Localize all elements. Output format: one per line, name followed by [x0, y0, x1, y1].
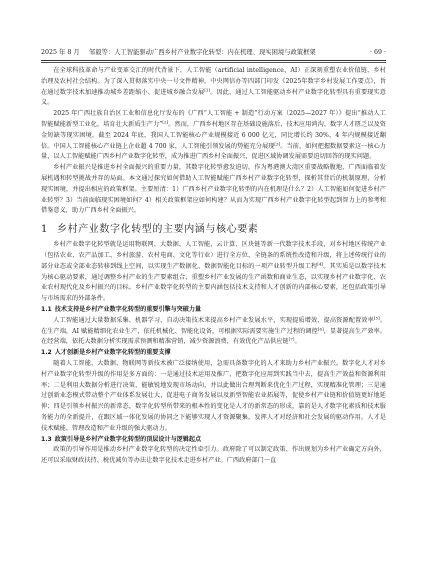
intro-paragraph-2: 2025 年广西壮族自治区工业和信息化厅发布的《广西“人工智能 + 制造”行动方… — [41, 109, 386, 163]
subsection-number: 1.1 — [41, 306, 52, 313]
subsection-1-2-heading: 1.2人才创新是乡村产业数字化转型的重要支撑 — [41, 348, 386, 359]
section-number: 1 — [41, 223, 57, 237]
subsection-title: 技术支持是乡村产业数字化转型的重要引擎与突破力量 — [55, 306, 201, 313]
intro-paragraph-1: 在全球科技革命与产业变革交汇的时代背景下，人工智能（artificial int… — [41, 66, 386, 109]
subsection-number: 1.2 — [41, 349, 52, 356]
subsection-number: 1.3 — [41, 436, 52, 443]
section-title: 乡村产业数字化转型的主要内涵与核心要素 — [57, 224, 258, 235]
running-title: 邹毅等：人工智能驱动广西乡村产业数字化转型：内在机理、现实困境与政策框架 — [89, 49, 366, 57]
subsection-1-1-paragraph: 人工智能通过大量数据采集、机器学习、自动决策技术来提高乡村产业发展水平，实现提质… — [41, 316, 386, 348]
header-rule-thick — [41, 60, 386, 61]
page-number: · 69 · — [366, 49, 386, 57]
subsection-title: 人才创新是乡村产业数字化转型的重要支撑 — [55, 349, 171, 356]
article-body: 在全球科技革命与产业变革交汇的时代背景下，人工智能（artificial int… — [41, 66, 386, 467]
text-run: 乡村产业振兴是推进乡村全面振兴的重要力量，其数字化转型愈发迫切。作为粤港澳大湾区… — [41, 164, 386, 214]
text-run: 政策的引导作用是推动乡村产业数字化转型的决定性牵引力。政府除了可以制定政策、作出… — [41, 446, 386, 464]
text-run: 随着人工智能、大数据、物联网等新技术被广泛接纳使用，急需具备数字化的人才来助力乡… — [41, 360, 386, 432]
text-run: 。 — [294, 338, 300, 345]
intro-paragraph-3: 乡村产业振兴是推进乡村全面振兴的重要力量，其数字化转型愈发迫切。作为粤港澳大湾区… — [41, 163, 386, 217]
text-run: 人工智能通过大量数据采集、机器学习、自动决策技术来提高乡村产业发展水平，实现提质… — [53, 317, 374, 324]
subsection-1-1-heading: 1.1技术支持是乡村产业数字化转型的重要引擎与突破力量 — [41, 305, 386, 316]
subsection-1-3-paragraph: 政策的引导作用是推动乡村产业数字化转型的决定性牵引力。政府除了可以制定政策、作出… — [41, 445, 386, 467]
section-1-paragraph: 乡村产业数字化转型就是运用物联网、大数据、人工智能、云计算、区块链等新一代数字技… — [41, 240, 386, 305]
subsection-1-2-paragraph: 随着人工智能、大数据、物联网等新技术被广泛接纳使用，急需具备数字化的人才来助力乡… — [41, 359, 386, 435]
running-header: 2025 年 8 月 邹毅等：人工智能驱动广西乡村产业数字化转型：内在机理、现实… — [41, 49, 386, 57]
subsection-title: 政策引导是乡村产业数字化转型的顶层设计与逻辑起点 — [55, 436, 201, 443]
subsection-1-3-heading: 1.3政策引导是乡村产业数字化转型的顶层设计与逻辑起点 — [41, 435, 386, 446]
section-1-heading: 1乡村产业数字化转型的主要内涵与核心要素 — [41, 223, 386, 237]
header-rule-thin — [41, 62, 386, 63]
intro-section: 在全球科技革命与产业变革交汇的时代背景下，人工智能（artificial int… — [41, 66, 386, 217]
issue-date: 2025 年 8 月 — [41, 49, 89, 57]
